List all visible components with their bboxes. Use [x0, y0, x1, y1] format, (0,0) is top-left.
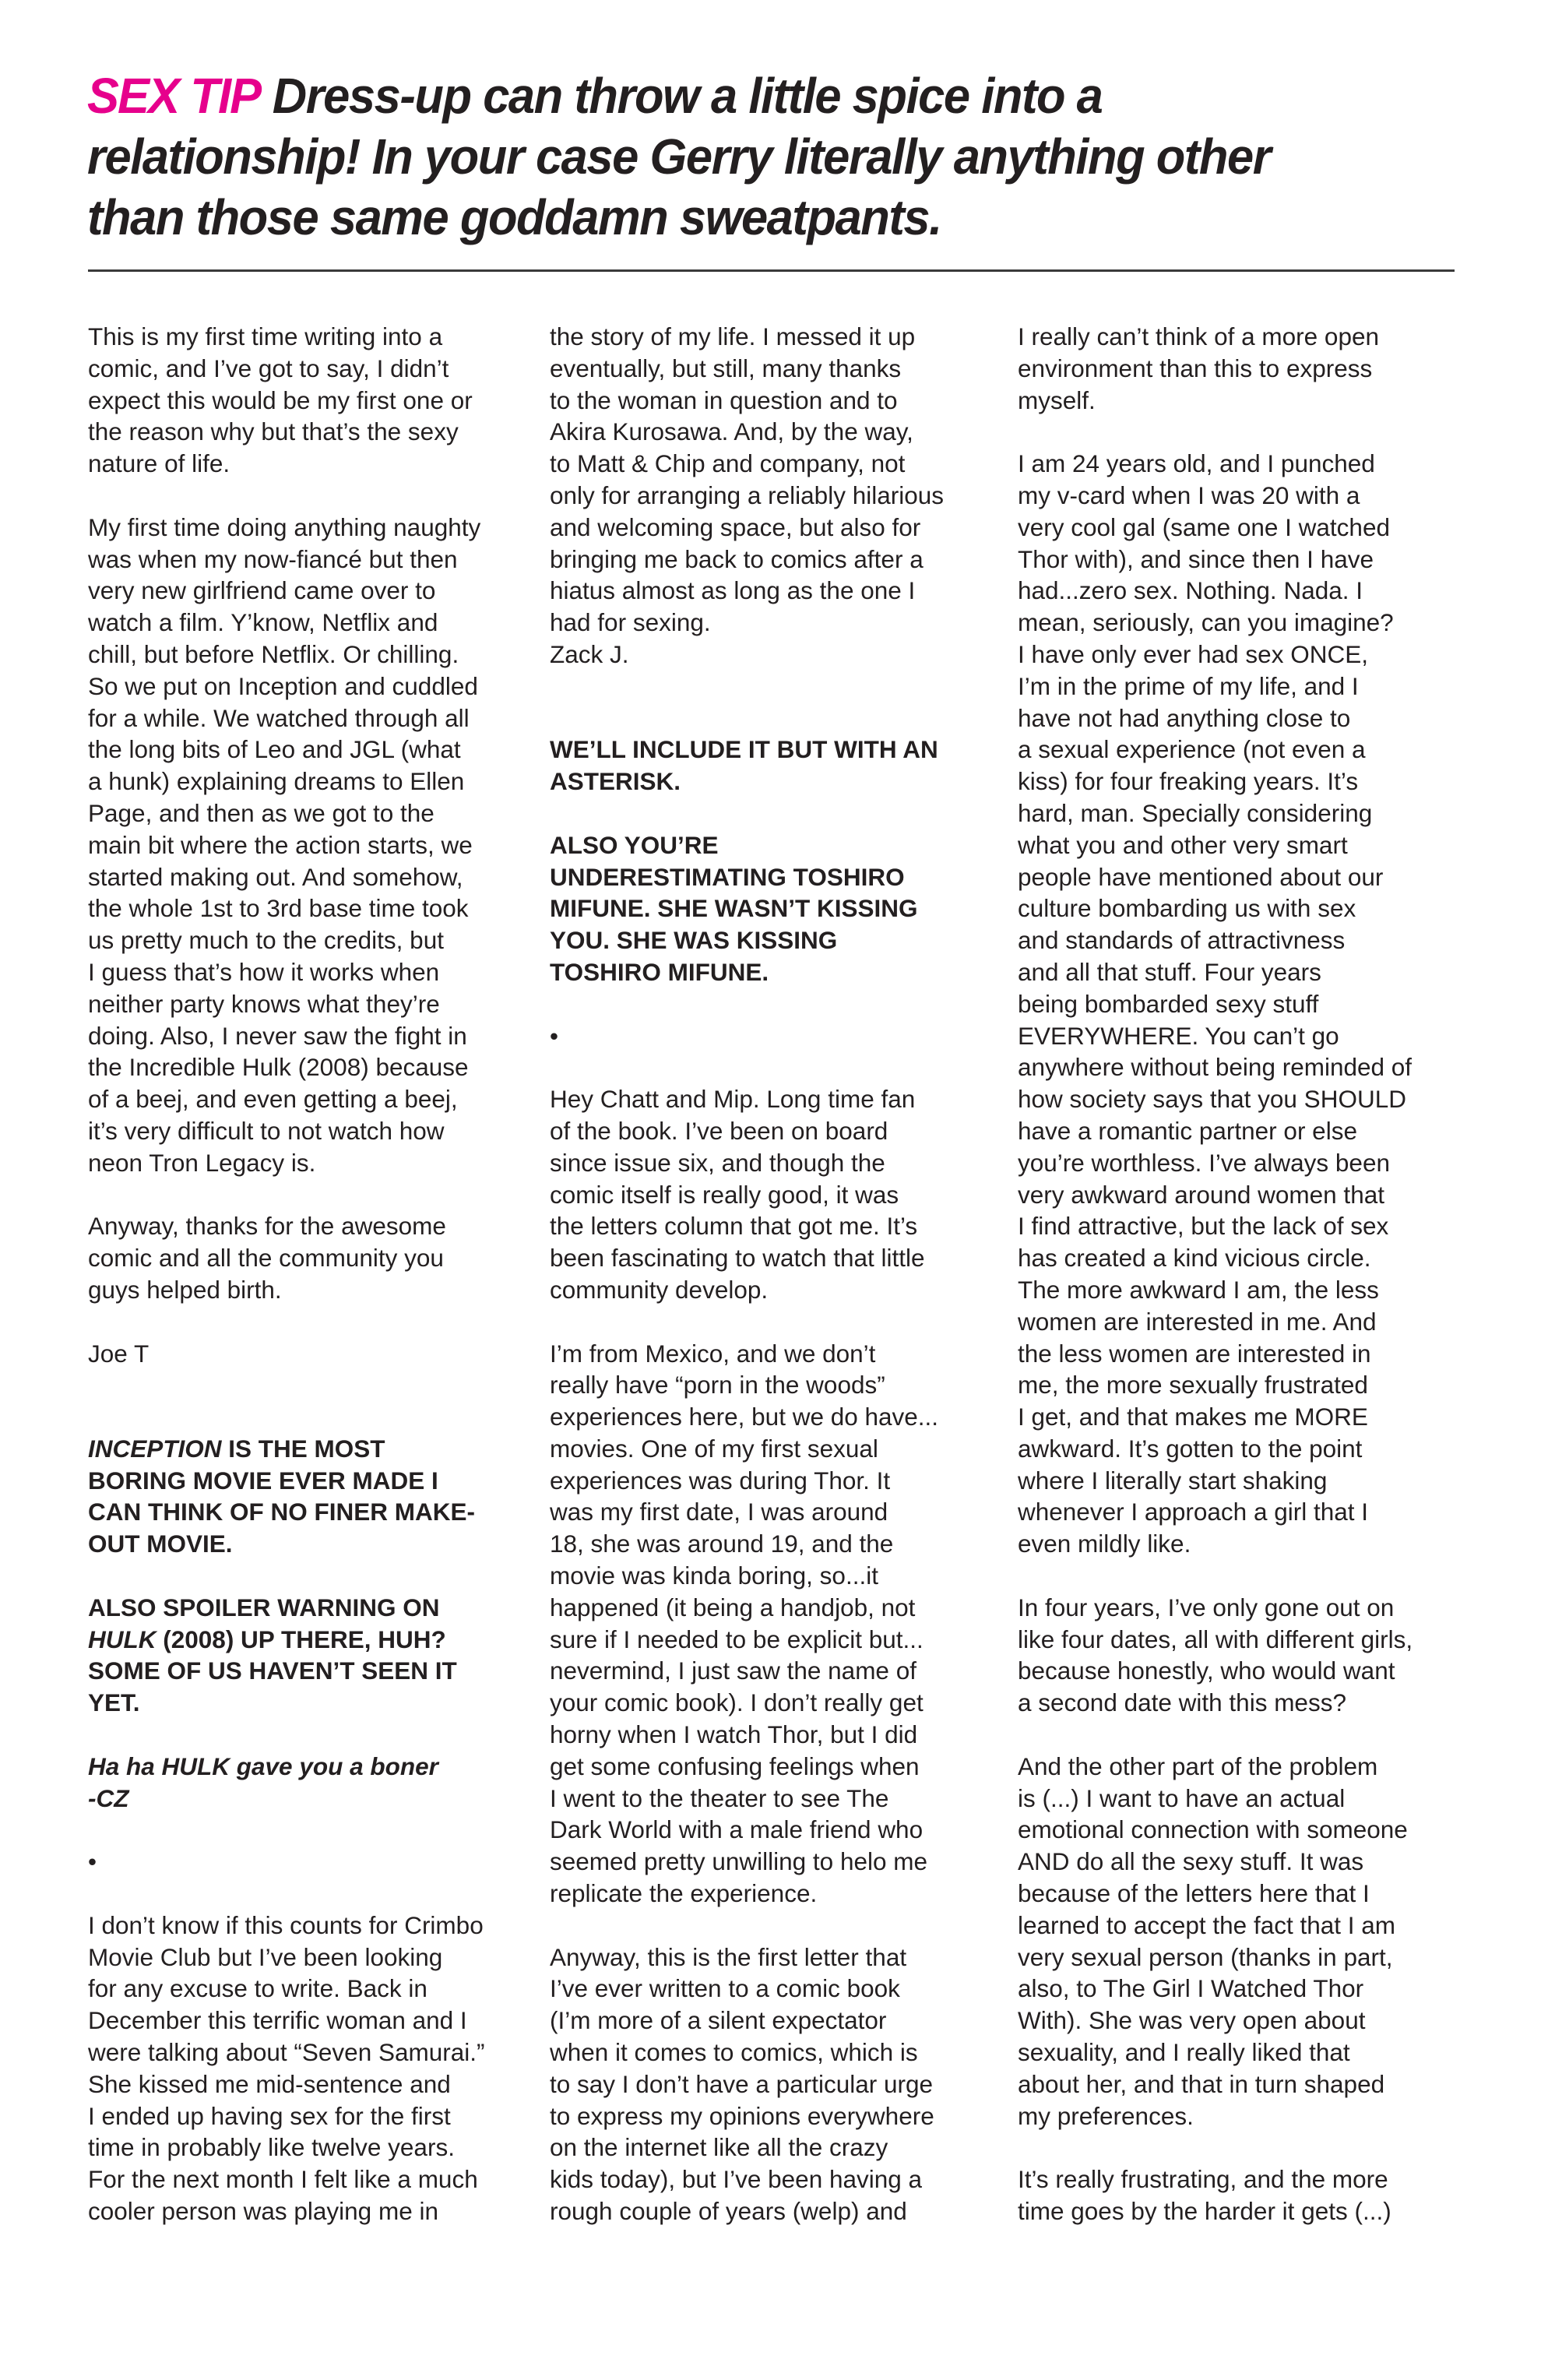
text-line: to Matt & Chip and company, not — [550, 448, 1017, 480]
line-text: even mildly like. — [1018, 1530, 1191, 1558]
blank-line — [550, 702, 1017, 734]
text-line: ASTERISK. — [550, 766, 1017, 797]
line-text: to Matt & Chip and company, not — [550, 449, 905, 477]
text-line: doing. Also, I never saw the fight in — [88, 1020, 555, 1052]
line-text: replicate the experience. — [550, 1879, 817, 1907]
line-text: Movie Club but I’ve been looking — [88, 1943, 442, 1971]
line-text: I’m from Mexico, and we don’t — [550, 1340, 875, 1368]
blank-line — [1018, 1560, 1485, 1592]
line-text: the reason why but that’s the sexy — [88, 417, 459, 445]
line-text: because honestly, who would want — [1018, 1656, 1395, 1685]
text-line: chill, but before Netflix. Or chilling. — [88, 639, 555, 671]
line-text: neither party knows what they’re — [88, 990, 440, 1018]
sex-tip-headline: SEX TIP Dress-up can throw a little spic… — [87, 65, 1418, 248]
text-line: So we put on Inception and cuddled — [88, 671, 555, 702]
text-line: MIFUNE. SHE WASN’T KISSING — [550, 892, 1017, 924]
line-text: emotional connection with someone — [1018, 1815, 1408, 1843]
text-line: really have “porn in the woods” — [550, 1369, 1017, 1401]
blank-line — [88, 1179, 555, 1211]
text-line: is (...) I want to have an actual — [1018, 1783, 1485, 1815]
text-line: I’m from Mexico, and we don’t — [550, 1338, 1017, 1370]
line-text: women are interested in me. And — [1018, 1308, 1377, 1336]
line-text: And the other part of the problem — [1018, 1752, 1377, 1780]
line-text: I’m in the prime of my life, and I — [1018, 672, 1359, 700]
line-text: to say I don’t have a particular urge — [550, 2070, 933, 2098]
text-line: culture bombarding us with sex — [1018, 892, 1485, 924]
text-line: This is my first time writing into a — [88, 321, 555, 353]
line-text: me, the more sexually frustrated — [1018, 1371, 1368, 1399]
line-text: ALSO SPOILER WARNING ON — [88, 1593, 440, 1621]
text-line: have a romantic partner or else — [1018, 1115, 1485, 1147]
blank-line — [88, 1306, 555, 1338]
line-text: for any excuse to write. Back in — [88, 1974, 427, 2002]
line-text: The more awkward I am, the less — [1018, 1276, 1379, 1304]
text-line: was when my now-fiancé but then — [88, 544, 555, 576]
line-text: • — [550, 1022, 558, 1050]
line-text: really have “porn in the woods” — [550, 1371, 885, 1399]
line-text: culture bombarding us with sex — [1018, 894, 1356, 922]
text-line: I’m in the prime of my life, and I — [1018, 671, 1485, 702]
text-line: of a beej, and even getting a beej, — [88, 1083, 555, 1115]
line-text: Joe T — [88, 1340, 149, 1368]
line-text: sexuality, and I really liked that — [1018, 2038, 1350, 2066]
line-text-rest: IS THE MOST — [222, 1435, 385, 1463]
letter-separator-bullet: • — [550, 1020, 1017, 1052]
line-text: of the book. I’ve been on board — [550, 1117, 888, 1145]
line-text: comic and all the community you — [88, 1244, 444, 1272]
text-line: With). She was very open about — [1018, 2005, 1485, 2037]
line-text: when it comes to comics, which is — [550, 2038, 918, 2066]
text-line: anywhere without being reminded of — [1018, 1051, 1485, 1083]
line-text: us pretty much to the credits, but — [88, 926, 444, 954]
text-line: CAN THINK OF NO FINER MAKE- — [88, 1496, 555, 1528]
text-line: what you and other very smart — [1018, 829, 1485, 861]
text-line: being bombarded sexy stuff — [1018, 988, 1485, 1020]
line-text: rough couple of years (welp) and — [550, 2197, 907, 2225]
line-text: main bit where the action starts, we — [88, 831, 473, 859]
text-line: you’re worthless. I’ve always been — [1018, 1147, 1485, 1179]
text-line: it’s very difficult to not watch how — [88, 1115, 555, 1147]
line-text: and all that stuff. Four years — [1018, 958, 1321, 986]
text-line: I ended up having sex for the first — [88, 2100, 555, 2132]
line-text: comic, and I’ve got to say, I didn’t — [88, 354, 449, 382]
line-text: seemed pretty unwilling to helo me — [550, 1847, 927, 1875]
text-line: women are interested in me. And — [1018, 1306, 1485, 1338]
text-line: ALSO SPOILER WARNING ON — [88, 1592, 555, 1624]
line-text: I have only ever had sex ONCE, — [1018, 640, 1368, 668]
line-text: and welcoming space, but also for — [550, 513, 920, 541]
text-line: Page, and then as we got to the — [88, 797, 555, 829]
text-line: I went to the theater to see The — [550, 1783, 1017, 1815]
text-line: where I literally start shaking — [1018, 1465, 1485, 1497]
line-text: experiences was during Thor. It — [550, 1466, 890, 1495]
line-text: Dark World with a male friend who — [550, 1815, 923, 1843]
line-text: ALSO YOU’RE — [550, 831, 718, 859]
text-line: the less women are interested in — [1018, 1338, 1485, 1370]
line-text: In four years, I’ve only gone out on — [1018, 1593, 1394, 1621]
blank-line — [88, 1560, 555, 1592]
line-text: Page, and then as we got to the — [88, 799, 434, 827]
line-text: anywhere without being reminded of — [1018, 1053, 1412, 1081]
text-line: to say I don’t have a particular urge — [550, 2068, 1017, 2100]
line-text: bringing me back to comics after a — [550, 545, 924, 573]
text-line: because of the letters here that I — [1018, 1878, 1485, 1910]
line-text: With). She was very open about — [1018, 2006, 1365, 2034]
line-text: YOU. SHE WAS KISSING — [550, 926, 837, 954]
line-text: for a while. We watched through all — [88, 704, 470, 732]
text-line: of the book. I’ve been on board — [550, 1115, 1017, 1147]
text-line: movie was kinda boring, so...it — [550, 1560, 1017, 1592]
line-text: YET. — [88, 1688, 140, 1716]
text-line: have not had anything close to — [1018, 702, 1485, 734]
line-text: (I’m more of a silent expectator — [550, 2006, 886, 2034]
line-text: Anyway, this is the first letter that — [550, 1943, 906, 1971]
text-line: time in probably like twelve years. — [88, 2132, 555, 2163]
line-text: Ha ha HULK gave you a boner — [88, 1752, 438, 1780]
line-text: SOME OF US HAVEN’T SEEN IT — [88, 1656, 457, 1685]
line-text: HULK — [88, 1625, 157, 1653]
line-text: Zack J. — [550, 640, 629, 668]
text-line: and standards of attractivness — [1018, 924, 1485, 956]
line-text: doing. Also, I never saw the fight in — [88, 1022, 467, 1050]
text-line: were talking about “Seven Samurai.” — [88, 2037, 555, 2068]
line-text: kiss) for four freaking years. It’s — [1018, 767, 1358, 795]
line-text: very awkward around women that — [1018, 1181, 1384, 1209]
text-line: Dark World with a male friend who — [550, 1814, 1017, 1846]
line-text: She kissed me mid-sentence and — [88, 2070, 451, 2098]
text-line: I don’t know if this counts for Crimbo — [88, 1910, 555, 1942]
line-text: eventually, but still, many thanks — [550, 354, 901, 382]
line-text: awkward. It’s gotten to the point — [1018, 1435, 1362, 1463]
text-line: Zack J. — [550, 639, 1017, 671]
text-line: very cool gal (same one I watched — [1018, 512, 1485, 544]
line-text: community develop. — [550, 1276, 768, 1304]
line-text: the Incredible Hulk (2008) because — [88, 1053, 469, 1081]
line-text: started making out. And somehow, — [88, 863, 463, 891]
line-text: It’s really frustrating, and the more — [1018, 2165, 1388, 2193]
line-text: movie was kinda boring, so...it — [550, 1561, 878, 1590]
blank-line — [88, 1401, 555, 1433]
text-line: UNDERESTIMATING TOSHIRO — [550, 861, 1017, 893]
text-line: cooler person was playing me in — [88, 2195, 555, 2227]
text-line: sure if I needed to be explicit but... — [550, 1624, 1017, 1656]
letter-separator-bullet: • — [88, 1846, 555, 1878]
text-line: BORING MOVIE EVER MADE I — [88, 1465, 555, 1497]
line-text: environment than this to express — [1018, 354, 1372, 382]
line-text: cooler person was playing me in — [88, 2197, 438, 2225]
text-line: comic, and I’ve got to say, I didn’t — [88, 353, 555, 385]
text-line: been fascinating to watch that little — [550, 1242, 1017, 1274]
text-line: YOU. SHE WAS KISSING — [550, 924, 1017, 956]
text-line: I have only ever had sex ONCE, — [1018, 639, 1485, 671]
text-line: was my first date, I was around — [550, 1496, 1017, 1528]
text-line: nature of life. — [88, 448, 555, 480]
line-text: on the internet like all the crazy — [550, 2133, 888, 2161]
line-text: I went to the theater to see The — [550, 1784, 888, 1812]
text-line: My first time doing anything naughty — [88, 512, 555, 544]
text-line: nevermind, I just saw the name of — [550, 1655, 1017, 1687]
text-line: your comic book). I don’t really get — [550, 1687, 1017, 1719]
line-text: it’s very difficult to not watch how — [88, 1117, 445, 1145]
text-line: get some confusing feelings when — [550, 1751, 1017, 1783]
text-line: very sexual person (thanks in part, — [1018, 1942, 1485, 1973]
text-line: sexuality, and I really liked that — [1018, 2037, 1485, 2068]
blank-line — [550, 671, 1017, 702]
line-text: like four dates, all with different girl… — [1018, 1625, 1413, 1653]
line-text: get some confusing feelings when — [550, 1752, 920, 1780]
line-text: • — [88, 1847, 97, 1875]
line-text: expect this would be my first one or — [88, 386, 473, 414]
line-text: time goes by the harder it gets (...) — [1018, 2197, 1391, 2225]
line-text: a sexual experience (not even a — [1018, 735, 1366, 763]
line-text: because of the letters here that I — [1018, 1879, 1370, 1907]
line-text: you’re worthless. I’ve always been — [1018, 1149, 1390, 1177]
text-line: kids today), but I’ve been having a — [550, 2163, 1017, 2195]
text-line: guys helped birth. — [88, 1274, 555, 1306]
text-line: December this terrific woman and I — [88, 2005, 555, 2037]
text-line: had...zero sex. Nothing. Nada. I — [1018, 575, 1485, 607]
line-text: people have mentioned about our — [1018, 863, 1383, 891]
text-line: because honestly, who would want — [1018, 1655, 1485, 1687]
text-line: me, the more sexually frustrated — [1018, 1369, 1485, 1401]
line-text: is (...) I want to have an actual — [1018, 1784, 1345, 1812]
line-text: where I literally start shaking — [1018, 1466, 1327, 1495]
text-line: since issue six, and though the — [550, 1147, 1017, 1179]
text-line: also, to The Girl I Watched Thor — [1018, 1973, 1485, 2005]
text-line: time goes by the harder it gets (...) — [1018, 2195, 1485, 2227]
line-text: of a beej, and even getting a beej, — [88, 1085, 458, 1113]
line-text: mean, seriously, can you imagine? — [1018, 608, 1394, 636]
text-line: environment than this to express — [1018, 353, 1485, 385]
text-line: comic and all the community you — [88, 1242, 555, 1274]
blank-line — [1018, 416, 1485, 448]
line-text: So we put on Inception and cuddled — [88, 672, 478, 700]
line-text: to the woman in question and to — [550, 386, 898, 414]
text-line: replicate the experience. — [550, 1878, 1017, 1910]
text-line: I really can’t think of a more open — [1018, 321, 1485, 353]
text-line: Anyway, thanks for the awesome — [88, 1210, 555, 1242]
line-text: to express my opinions everywhere — [550, 2102, 934, 2130]
text-line: I guess that’s how it works when — [88, 956, 555, 988]
text-line: the whole 1st to 3rd base time took — [88, 892, 555, 924]
line-text: been fascinating to watch that little — [550, 1244, 925, 1272]
text-line: Anyway, this is the first letter that — [550, 1942, 1017, 1973]
text-line: the reason why but that’s the sexy — [88, 416, 555, 448]
line-text: I find attractive, but the lack of sex — [1018, 1212, 1388, 1240]
line-text: I ended up having sex for the first — [88, 2102, 451, 2130]
blank-line — [88, 1719, 555, 1751]
sex-tip-text-line-2: relationship! In your case Gerry literal… — [87, 129, 1270, 185]
line-text: comic itself is really good, it was — [550, 1181, 899, 1209]
blank-line — [550, 1910, 1017, 1942]
text-line: seemed pretty unwilling to helo me — [550, 1846, 1017, 1878]
line-text: learned to accept the fact that I am — [1018, 1911, 1395, 1939]
text-line: comic itself is really good, it was — [550, 1179, 1017, 1211]
text-line: OUT MOVIE. — [88, 1528, 555, 1560]
text-line: Hey Chatt and Mip. Long time fan — [550, 1083, 1017, 1115]
text-line: It’s really frustrating, and the more — [1018, 2163, 1485, 2195]
line-text: This is my first time writing into a — [88, 322, 442, 350]
header-divider — [88, 269, 1455, 272]
text-line: myself. — [1018, 385, 1485, 417]
line-text: the whole 1st to 3rd base time took — [88, 894, 469, 922]
text-line: (I’m more of a silent expectator — [550, 2005, 1017, 2037]
text-line: a sexual experience (not even a — [1018, 734, 1485, 766]
text-line: INCEPTION IS THE MOST — [88, 1433, 555, 1465]
text-line: experiences here, but we do have... — [550, 1401, 1017, 1433]
line-text: OUT MOVIE. — [88, 1530, 233, 1558]
text-line: happened (it being a handjob, not — [550, 1592, 1017, 1624]
line-text: December this terrific woman and I — [88, 2006, 467, 2034]
text-line: Joe T — [88, 1338, 555, 1370]
line-text: very sexual person (thanks in part, — [1018, 1943, 1392, 1971]
line-text: had for sexing. — [550, 608, 711, 636]
line-text: very new girlfriend came over to — [88, 576, 435, 604]
blank-line — [550, 797, 1017, 829]
line-text: I am 24 years old, and I punched — [1018, 449, 1375, 477]
text-line: And the other part of the problem — [1018, 1751, 1485, 1783]
line-text: ASTERISK. — [550, 767, 681, 795]
line-text: I’ve ever written to a comic book — [550, 1974, 900, 2002]
text-line: EVERYWHERE. You can’t go — [1018, 1020, 1485, 1052]
line-text: Hey Chatt and Mip. Long time fan — [550, 1085, 915, 1113]
blank-line — [550, 1051, 1017, 1083]
text-line: the Incredible Hulk (2008) because — [88, 1051, 555, 1083]
text-line: started making out. And somehow, — [88, 861, 555, 893]
text-line: Akira Kurosawa. And, by the way, — [550, 416, 1017, 448]
blank-line — [88, 1878, 555, 1910]
line-text: had...zero sex. Nothing. Nada. I — [1018, 576, 1363, 604]
text-line: TOSHIRO MIFUNE. — [550, 956, 1017, 988]
text-line: learned to accept the fact that I am — [1018, 1910, 1485, 1942]
text-line: the letters column that got me. It’s — [550, 1210, 1017, 1242]
text-line: to the woman in question and to — [550, 385, 1017, 417]
line-text-rest: (2008) UP THERE, HUH? — [157, 1625, 446, 1653]
line-text: kids today), but I’ve been having a — [550, 2165, 922, 2193]
line-text: nevermind, I just saw the name of — [550, 1656, 916, 1685]
text-line: ALSO YOU’RE — [550, 829, 1017, 861]
text-line: very new girlfriend came over to — [88, 575, 555, 607]
sex-tip-text-line-1: Dress-up can throw a little spice into a — [260, 68, 1102, 124]
letters-column-2: the story of my life. I messed it upeven… — [550, 321, 1017, 2227]
line-text: Anyway, thanks for the awesome — [88, 1212, 446, 1240]
text-line: emotional connection with someone — [1018, 1814, 1485, 1846]
line-text: Thor with), and since then I have — [1018, 545, 1374, 573]
text-line: the story of my life. I messed it up — [550, 321, 1017, 353]
line-text: For the next month I felt like a much — [88, 2165, 478, 2193]
text-line: even mildly like. — [1018, 1528, 1485, 1560]
line-text: chill, but before Netflix. Or chilling. — [88, 640, 459, 668]
blank-line — [88, 480, 555, 512]
line-text: UNDERESTIMATING TOSHIRO — [550, 863, 905, 891]
blank-line — [550, 988, 1017, 1020]
text-line: about her, and that in turn shaped — [1018, 2068, 1485, 2100]
line-text: sure if I needed to be explicit but... — [550, 1625, 924, 1653]
text-line: a hunk) explaining dreams to Ellen — [88, 766, 555, 797]
line-text: what you and other very smart — [1018, 831, 1348, 859]
text-line: bringing me back to comics after a — [550, 544, 1017, 576]
line-text: my preferences. — [1018, 2102, 1194, 2130]
text-line: For the next month I felt like a much — [88, 2163, 555, 2195]
text-line: how society says that you SHOULD — [1018, 1083, 1485, 1115]
blank-line — [1018, 2132, 1485, 2163]
text-line: I am 24 years old, and I punched — [1018, 448, 1485, 480]
line-text: movies. One of my first sexual — [550, 1435, 878, 1463]
line-text: AND do all the sexy stuff. It was — [1018, 1847, 1363, 1875]
text-line: kiss) for four freaking years. It’s — [1018, 766, 1485, 797]
line-text: I guess that’s how it works when — [88, 958, 439, 986]
text-line: when it comes to comics, which is — [550, 2037, 1017, 2068]
text-line: hard, man. Specially considering — [1018, 797, 1485, 829]
text-line: my v-card when I was 20 with a — [1018, 480, 1485, 512]
text-line: expect this would be my first one or — [88, 385, 555, 417]
line-text: INCEPTION — [88, 1435, 222, 1463]
text-line: Movie Club but I’ve been looking — [88, 1942, 555, 1973]
text-line: community develop. — [550, 1274, 1017, 1306]
line-text: a hunk) explaining dreams to Ellen — [88, 767, 464, 795]
line-text: experiences here, but we do have... — [550, 1403, 938, 1431]
letters-column-3: I really can’t think of a more openenvir… — [1018, 321, 1485, 2227]
text-line: like four dates, all with different girl… — [1018, 1624, 1485, 1656]
line-text: Akira Kurosawa. And, by the way, — [550, 417, 913, 445]
line-text: was when my now-fiancé but then — [88, 545, 458, 573]
line-text: I get, and that makes me MORE — [1018, 1403, 1368, 1431]
text-line: In four years, I’ve only gone out on — [1018, 1592, 1485, 1624]
line-text: very cool gal (same one I watched — [1018, 513, 1390, 541]
line-text: the story of my life. I messed it up — [550, 322, 915, 350]
line-text: I don’t know if this counts for Crimbo — [88, 1911, 484, 1939]
text-line: SOME OF US HAVEN’T SEEN IT — [88, 1655, 555, 1687]
line-text: time in probably like twelve years. — [88, 2133, 455, 2161]
blank-line — [88, 1369, 555, 1401]
line-text: EVERYWHERE. You can’t go — [1018, 1022, 1339, 1050]
line-text: I really can’t think of a more open — [1018, 322, 1379, 350]
text-line: -CZ — [88, 1783, 555, 1815]
line-text: since issue six, and though the — [550, 1149, 885, 1177]
text-line: hiatus almost as long as the one I — [550, 575, 1017, 607]
line-text: WE’LL INCLUDE IT BUT WITH AN — [550, 735, 938, 763]
letters-column-1: This is my first time writing into acomi… — [88, 321, 555, 2227]
text-line: 18, she was around 19, and the — [550, 1528, 1017, 1560]
text-line: only for arranging a reliably hilarious — [550, 480, 1017, 512]
text-line: a second date with this mess? — [1018, 1687, 1485, 1719]
line-text: your comic book). I don’t really get — [550, 1688, 924, 1716]
line-text: the letters column that got me. It’s — [550, 1212, 917, 1240]
line-text: 18, she was around 19, and the — [550, 1530, 893, 1558]
text-line: my preferences. — [1018, 2100, 1485, 2132]
line-text: my v-card when I was 20 with a — [1018, 481, 1360, 509]
sex-tip-label: SEX TIP — [87, 68, 260, 124]
text-line: and all that stuff. Four years — [1018, 956, 1485, 988]
line-text: CAN THINK OF NO FINER MAKE- — [88, 1498, 475, 1526]
line-text: BORING MOVIE EVER MADE I — [88, 1466, 438, 1495]
line-text: whenever I approach a girl that I — [1018, 1498, 1368, 1526]
line-text: -CZ — [88, 1784, 128, 1812]
text-line: I get, and that makes me MORE — [1018, 1401, 1485, 1433]
line-text: have not had anything close to — [1018, 704, 1350, 732]
text-line: watch a film. Y’know, Netflix and — [88, 607, 555, 639]
text-line: for any excuse to write. Back in — [88, 1973, 555, 2005]
text-line: and welcoming space, but also for — [550, 512, 1017, 544]
text-line: experiences was during Thor. It — [550, 1465, 1017, 1497]
text-line: eventually, but still, many thanks — [550, 353, 1017, 385]
text-line: rough couple of years (welp) and — [550, 2195, 1017, 2227]
text-line: WE’LL INCLUDE IT BUT WITH AN — [550, 734, 1017, 766]
text-line: AND do all the sexy stuff. It was — [1018, 1846, 1485, 1878]
text-line: people have mentioned about our — [1018, 861, 1485, 893]
text-line: She kissed me mid-sentence and — [88, 2068, 555, 2100]
text-line: neon Tron Legacy is. — [88, 1147, 555, 1179]
